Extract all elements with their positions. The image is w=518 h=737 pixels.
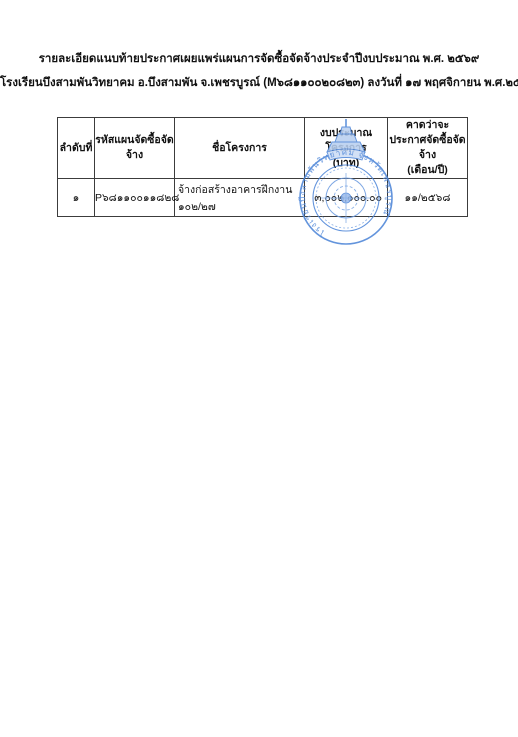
header-no: ลำดับที่ <box>58 118 95 179</box>
document-subtitle: โรงเรียนบึงสามพันวิทยาคม อ.บึงสามพัน จ.เ… <box>0 76 518 90</box>
header-plan-code-label: รหัสแผนจัดซื้อจัดจ้าง <box>95 133 174 163</box>
procurement-plan-table: ลำดับที่ รหัสแผนจัดซื้อจัดจ้าง ชื่อโครงก… <box>57 117 468 217</box>
document-title: รายละเอียดแนบท้ายประกาศเผยแพร่แผนการจัดซ… <box>0 52 518 66</box>
header-announce-month: คาดว่าจะ ประกาศจัดซื้อจัดจ้าง (เดือน/ปี) <box>388 118 468 179</box>
cell-budget: ๓,๐๐๒,๐๐๐.๐๐ <box>305 179 388 217</box>
header-budget-label-line2: (บาท) <box>305 156 387 171</box>
header-budget: งบประมาณโครงการ (บาท) <box>305 118 388 179</box>
document-page: รายละเอียดแนบท้ายประกาศเผยแพร่แผนการจัดซ… <box>0 0 518 737</box>
cell-announce-month: ๑๑/๒๕๖๘ <box>388 179 468 217</box>
cell-project-name: จ้างก่อสร้างอาคารฝึกงาน ๑๐๒/๒๗ <box>175 179 305 217</box>
header-announce-label-line2: ประกาศจัดซื้อจัดจ้าง <box>388 133 467 163</box>
table-header-row: ลำดับที่ รหัสแผนจัดซื้อจัดจ้าง ชื่อโครงก… <box>58 118 468 179</box>
header-project-name-label: ชื่อโครงการ <box>175 141 304 156</box>
header-plan-code: รหัสแผนจัดซื้อจัดจ้าง <box>95 118 175 179</box>
cell-no: ๑ <box>58 179 95 217</box>
header-no-label: ลำดับที่ <box>58 141 94 156</box>
header-announce-label-line3: (เดือน/ปี) <box>388 163 467 178</box>
table-row: ๑ P๖๘๑๑๐๐๑๑๘๒๘ จ้างก่อสร้างอาคารฝึกงาน ๑… <box>58 179 468 217</box>
header-budget-label-line1: งบประมาณโครงการ <box>305 126 387 156</box>
cell-plan-code: P๖๘๑๑๐๐๑๑๘๒๘ <box>95 179 175 217</box>
header-project-name: ชื่อโครงการ <box>175 118 305 179</box>
header-announce-label-line1: คาดว่าจะ <box>388 118 467 133</box>
